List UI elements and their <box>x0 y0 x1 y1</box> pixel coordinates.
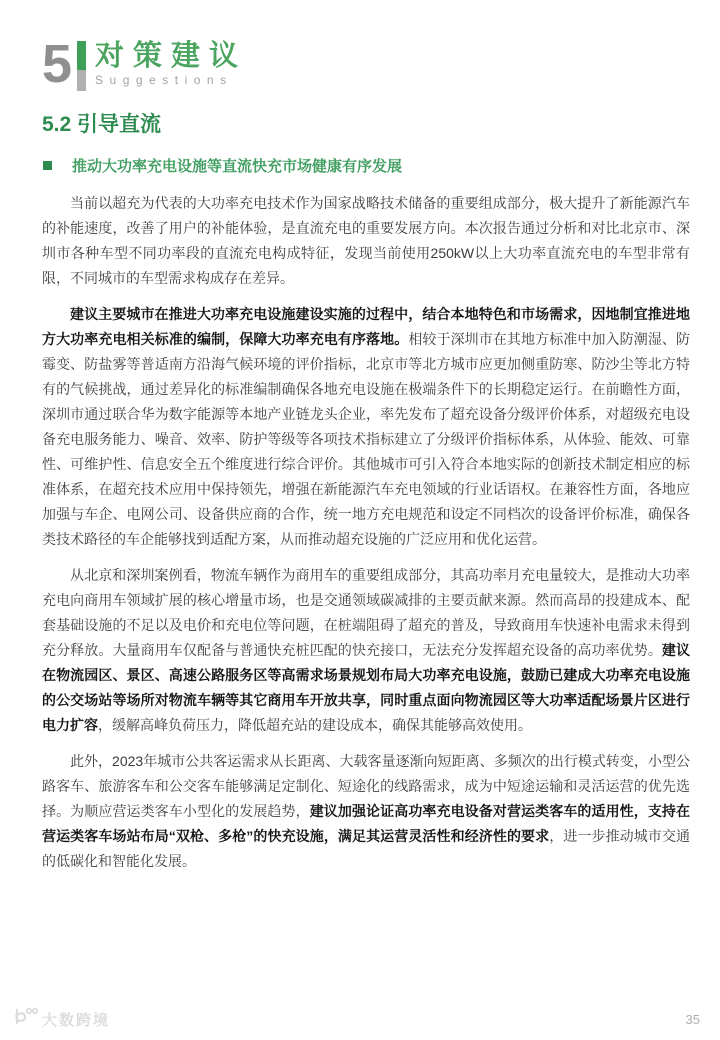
publisher-logo-text: 大数跨境 <box>42 1009 110 1030</box>
document-page: 5 对策建议 Suggestions 5.2 引导直流 推动大功率充电设施等直流… <box>0 0 720 1040</box>
bullet-heading-row: 推动大功率充电设施等直流快充市场健康有序发展 <box>43 155 720 176</box>
chapter-titles: 对策建议 Suggestions <box>95 38 247 87</box>
logo-icon <box>13 1007 39 1031</box>
chapter-subtitle: Suggestions <box>95 73 247 87</box>
chapter-divider-bar <box>77 41 86 91</box>
bullet-square-icon <box>43 161 52 170</box>
bullet-heading: 推动大功率充电设施等直流快充市场健康有序发展 <box>72 155 402 176</box>
body-paragraph: 建议主要城市在推进大功率充电设施建设实施的过程中，结合本地特色和市场需求，因地制… <box>42 302 690 552</box>
section-heading: 5.2 引导直流 <box>42 108 720 138</box>
chapter-number: 5 <box>42 38 72 90</box>
body-paragraph: 当前以超充为代表的大功率充电技术作为国家战略技术储备的重要组成部分，极大提升了新… <box>42 191 690 291</box>
body-paragraph: 从北京和深圳案例看，物流车辆作为商用车的重要组成部分，其高功率月充电量较大，是推… <box>42 563 690 738</box>
body-paragraph: 此外，2023年城市公共客运需求从长距离、大载客量逐渐向短距离、多频次的出行模式… <box>42 749 690 874</box>
publisher-logo: 大数跨境 <box>13 1007 110 1031</box>
chapter-title: 对策建议 <box>95 40 247 72</box>
chapter-header: 5 对策建议 Suggestions <box>42 38 720 91</box>
page-number: 35 <box>686 1012 700 1027</box>
body-content: 当前以超充为代表的大功率充电技术作为国家战略技术储备的重要组成部分，极大提升了新… <box>42 191 690 874</box>
